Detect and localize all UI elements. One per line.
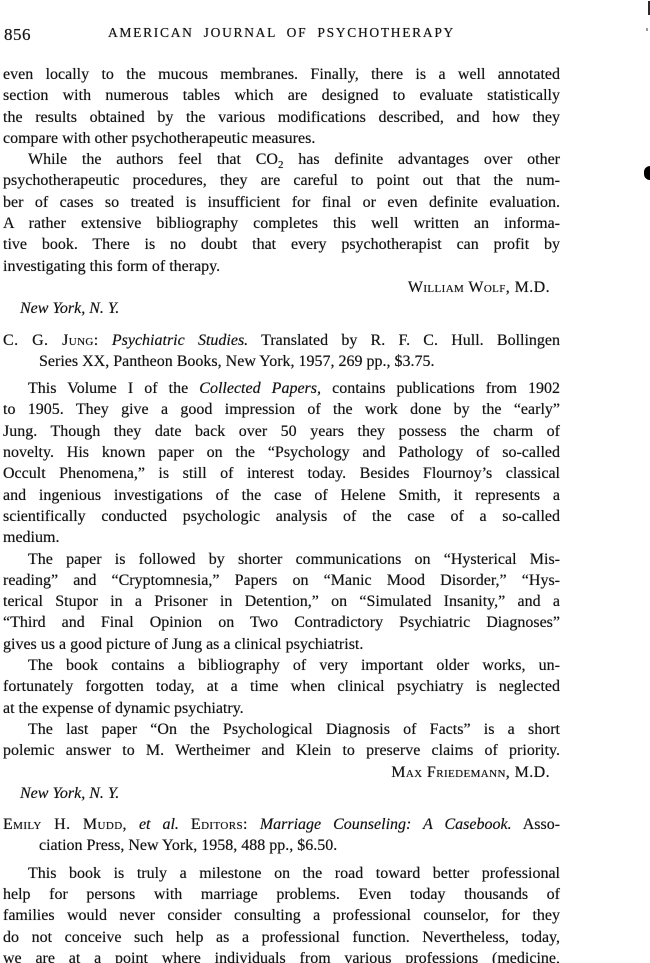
review-paragraph: The book contains a bibliography of very… — [3, 655, 560, 719]
text-line: ber of cases so treated is insufficient … — [3, 192, 560, 213]
text-line: investigating this form of therapy. — [3, 256, 560, 277]
text-line: terical Stupor in a Prisoner in Detentio… — [3, 591, 560, 612]
review-citation: Emily H. Mudd, et al. Editors: Marriage … — [3, 814, 560, 857]
text-line: polemic answer to M. Wertheimer and Klei… — [3, 740, 560, 761]
text-line: New York, N. Y. — [3, 298, 560, 319]
reviewer-signature: William Wolf, M.D. — [3, 277, 560, 298]
journal-title: AMERICAN JOURNAL OF PSYCHOTHERAPY — [3, 25, 560, 41]
text-line: Emily H. Mudd, et al. Editors: Marriage … — [3, 814, 560, 835]
text-line: C. G. Jung: Psychiatric Studies. Transla… — [3, 330, 560, 351]
reviewer-location: New York, N. Y. — [3, 783, 560, 804]
text-line: to 1905. They give a good impression of … — [3, 399, 560, 420]
text-line: William Wolf, M.D. — [3, 277, 560, 298]
text-line: gives us a good picture of Jung as a cli… — [3, 634, 560, 655]
text-line: help for persons with marriage problems.… — [3, 884, 560, 905]
text-line: Jung. Though they date back over 50 year… — [3, 421, 560, 442]
text-line: the results obtained by the various modi… — [3, 107, 560, 128]
text-line: New York, N. Y. — [3, 783, 560, 804]
text-line: tive book. There is no doubt that every … — [3, 234, 560, 255]
text-line: scientifically conducted psychologic ana… — [3, 506, 560, 527]
speck-artifact — [646, 28, 648, 31]
review-paragraph: This Volume I of the Collected Papers, c… — [3, 378, 560, 548]
text-line: psychotherapeutic procedures, they are c… — [3, 170, 560, 191]
review-citation: C. G. Jung: Psychiatric Studies. Transla… — [3, 330, 560, 373]
text-line: reading” and “Cryptomnesia,” Papers on “… — [3, 570, 560, 591]
text-line: “Third and Final Opinion on Two Contradi… — [3, 612, 560, 633]
text-line: we are at a point where individuals from… — [3, 948, 560, 963]
text-line: This book is truly a milestone on the ro… — [3, 863, 560, 884]
reviewer-signature: Max Friedemann, M.D. — [3, 762, 560, 783]
text-line: The last paper “On the Psychological Dia… — [3, 719, 560, 740]
text-line: do not conceive such help as a professio… — [3, 927, 560, 948]
text-line: families would never consider consulting… — [3, 905, 560, 926]
text-line: ciation Press, New York, 1958, 488 pp., … — [3, 835, 560, 856]
text-line: even locally to the mucous membranes. Fi… — [3, 64, 560, 85]
text-line: at the expense of dynamic psychiatry. — [3, 698, 560, 719]
text-line: This Volume I of the Collected Papers, c… — [3, 378, 560, 399]
text-line: compare with other psychotherapeutic mea… — [3, 128, 560, 149]
review-paragraph: The paper is followed by shorter communi… — [3, 549, 560, 655]
text-line: and ingenious investigations of the case… — [3, 485, 560, 506]
text-line: section with numerous tables which are d… — [3, 85, 560, 106]
text-column: 856 AMERICAN JOURNAL OF PSYCHOTHERAPY ev… — [3, 25, 560, 963]
text-line: fortunately forgotten today, at a time w… — [3, 676, 560, 697]
reviewer-location: New York, N. Y. — [3, 298, 560, 319]
text-line: The paper is followed by shorter communi… — [3, 549, 560, 570]
text-line: A rather extensive bibliography complete… — [3, 213, 560, 234]
page-number: 856 — [4, 25, 31, 45]
continuation-paragraph: even locally to the mucous membranes. Fi… — [3, 64, 560, 149]
review-paragraph: This book is truly a milestone on the ro… — [3, 863, 560, 963]
journal-page-scan: 856 AMERICAN JOURNAL OF PSYCHOTHERAPY ev… — [0, 0, 650, 963]
text-line: novelty. His known paper on the “Psychol… — [3, 442, 560, 463]
text-line: The book contains a bibliography of very… — [3, 655, 560, 676]
page-body: even locally to the mucous membranes. Fi… — [3, 64, 560, 963]
text-line: While the authors feel that CO2 has defi… — [3, 149, 560, 170]
text-line: medium. — [3, 527, 560, 548]
text-line: Occult Phenomena,” is still of interest … — [3, 463, 560, 484]
review-paragraph: While the authors feel that CO2 has defi… — [3, 149, 560, 277]
running-header: 856 AMERICAN JOURNAL OF PSYCHOTHERAPY — [3, 25, 560, 44]
text-line: Series XX, Pantheon Books, New York, 195… — [3, 351, 560, 372]
text-line: Max Friedemann, M.D. — [3, 762, 560, 783]
review-paragraph: The last paper “On the Psychological Dia… — [3, 719, 560, 762]
ink-blot-artifact — [644, 166, 650, 180]
